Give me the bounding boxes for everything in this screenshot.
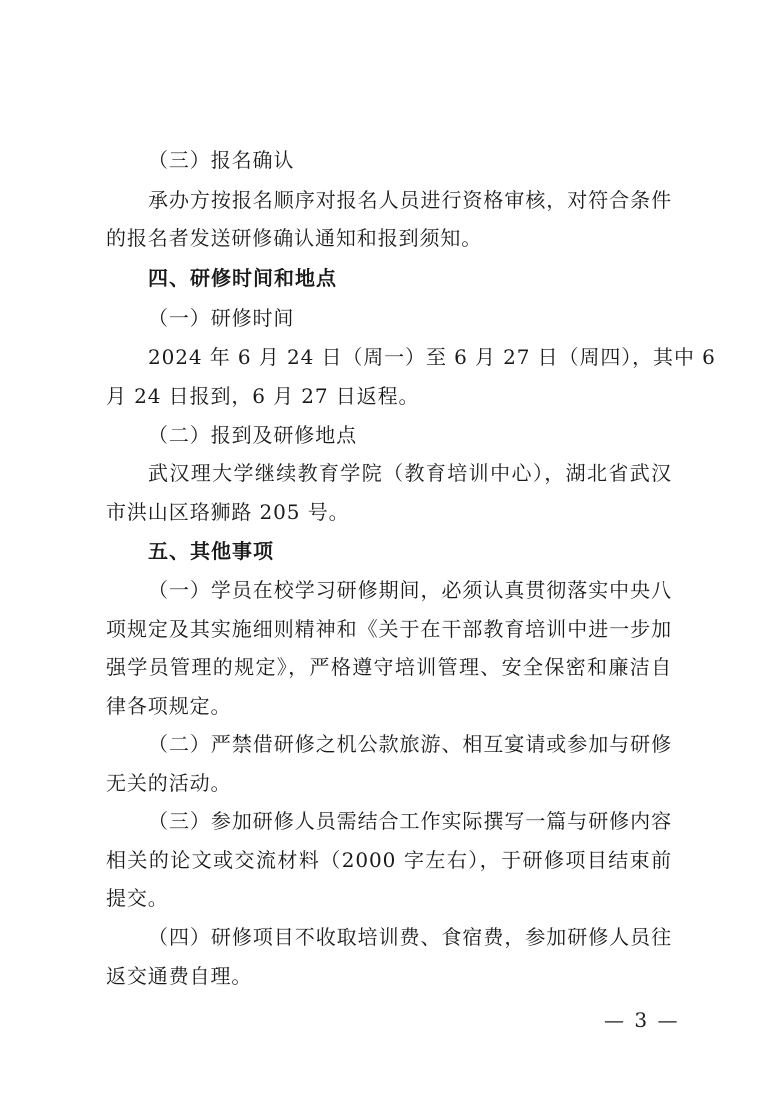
paragraph-line: 2024 年 6 月 24 日（周一）至 6 月 27 日（周四），其中 6 bbox=[148, 344, 672, 370]
paragraph-line: 市洪山区珞狮路 205 号。 bbox=[106, 499, 672, 525]
paragraph-line: 承办方按报名顺序对报名人员进行资格审核，对符合条件 bbox=[148, 187, 672, 213]
paragraph-line: 武汉理大学继续教育学院（教育培训中心），湖北省武汉 bbox=[148, 460, 672, 486]
subheading-registration-location: （二）报到及研修地点 bbox=[148, 422, 672, 448]
paragraph-line: 强学员管理的规定》，严格遵守培训管理、安全保密和廉洁自 bbox=[106, 654, 672, 680]
paragraph-line: （四）研修项目不收取培训费、食宿费，参加研修人员往 bbox=[148, 924, 672, 950]
paragraph-line: 提交。 bbox=[106, 885, 672, 911]
paragraph-line: 的报名者发送研修确认通知和报到须知。 bbox=[106, 225, 672, 251]
page-number: — 3 — bbox=[604, 1007, 679, 1033]
section-heading-time-location: 四、研修时间和地点 bbox=[148, 265, 672, 291]
paragraph-line: （三）参加研修人员需结合工作实际撰写一篇与研修内容 bbox=[148, 808, 672, 834]
paragraph-line: （二）严禁借研修之机公款旅游、相互宴请或参加与研修 bbox=[148, 731, 672, 757]
section-heading-other-matters: 五、其他事项 bbox=[148, 538, 672, 564]
paragraph-line: 月 24 日报到，6 月 27 日返程。 bbox=[106, 383, 672, 409]
paragraph-line: 相关的论文或交流材料（2000 字左右），于研修项目结束前 bbox=[106, 847, 672, 873]
paragraph-line: 项规定及其实施细则精神和《关于在干部教育培训中进一步加 bbox=[106, 616, 672, 642]
paragraph-line: 无关的活动。 bbox=[106, 770, 672, 796]
document-page: （三）报名确认 承办方按报名顺序对报名人员进行资格审核，对符合条件 的报名者发送… bbox=[0, 0, 778, 1102]
paragraph-line: （一）学员在校学习研修期间，必须认真贯彻落实中央八 bbox=[148, 577, 672, 603]
paragraph-line: 返交通费自理。 bbox=[106, 963, 672, 989]
subheading-training-time: （一）研修时间 bbox=[148, 305, 672, 331]
subheading-registration-confirmation: （三）报名确认 bbox=[148, 147, 672, 173]
paragraph-line: 律各项规定。 bbox=[106, 693, 672, 719]
